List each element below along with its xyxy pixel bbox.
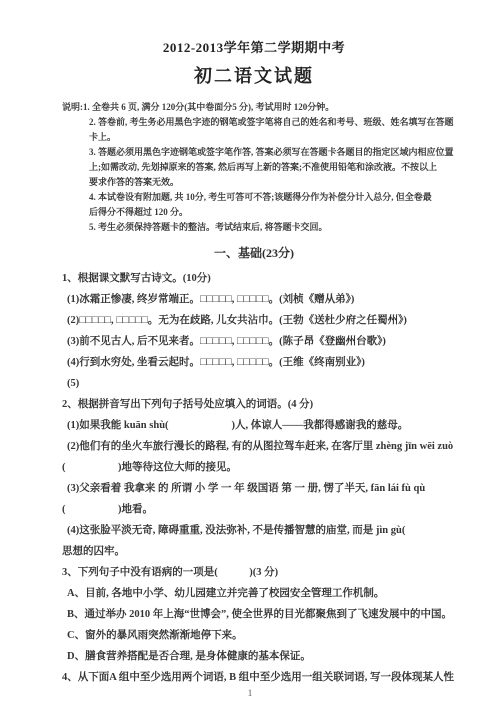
question-text-line: ( )地等待这位大师的接见。 — [62, 457, 446, 478]
exam-paper-content: 2012-2013学年第二学期期中考 初二语文试题 说明:1. 全卷共 6 页,… — [0, 0, 500, 688]
question-text-line: 4、从下面A 组中至少选用两个词语, B 组中至少选用一组关联词语, 写一段体现… — [62, 667, 446, 688]
instruction-line: 4. 本试卷设有附加题, 共 10分, 考生可答可不答;该题得分作为补偿分计入总… — [62, 190, 446, 205]
question-text-line: (3)前不见古人, 后不见来者。□□□□□, □□□□□。(陈子昂《登幽州台歌》… — [62, 331, 446, 352]
exam-instructions-block: 说明:1. 全卷共 6 页, 满分 120分(其中卷面分5 分), 考试用时 1… — [62, 100, 446, 235]
question-text-line: B、通过举办 2010 年上海“世博会”, 使全世界的目光都聚焦到了飞速发展中的… — [62, 604, 446, 625]
question-text-line: D、膳食营养搭配是否合理, 是身体健康的基本保证。 — [62, 646, 446, 667]
page-number: 1 — [0, 688, 500, 698]
instruction-line: 5. 考生必须保持答题卡的整洁。考试结束后, 将答题卡交回。 — [62, 220, 446, 235]
instruction-line: 卡上。 — [62, 130, 446, 145]
question-text-line: (2)他们有的坐火车旅行漫长的路程, 有的从图拉驾车赶来, 在客厅里 zhèng… — [62, 436, 446, 457]
question-text-line: 思想的囚牢。 — [62, 541, 446, 562]
question-text-line: (5) — [62, 373, 446, 394]
question-text-line: (2)□□□□□, □□□□□。无为在歧路, 儿女共沾巾。(王勃《送杜少府之任蜀… — [62, 310, 446, 331]
instruction-line: 后得分不得超过 120 分。 — [62, 205, 446, 220]
question-body-block: 1、根据课文默写古诗文。(10分) (1)冰霜正惨凄, 终岁常端正。□□□□□,… — [62, 268, 446, 688]
question-text-line: 1、根据课文默写古诗文。(10分) — [62, 268, 446, 289]
question-text-line: (1)如果我能 kuān shù( )人, 体谅人——我都得感谢我的慈母。 — [62, 415, 446, 436]
question-text-line: (3)父亲看着 我拿来 的 所谓 小 学 一 年 级国语 第 一 册, 愣了半天… — [62, 478, 446, 499]
instruction-line: 2. 答卷前, 考生务必用黑色字迹的钢笔或签字笔将自己的姓名和考号、班级、姓名填… — [62, 115, 446, 130]
exam-term-subtitle: 2012-2013学年第二学期期中考 — [62, 37, 446, 56]
instruction-line: 3. 答题必须用黑色字迹钢笔或签字笔作答, 答案必须写在答题卡各题目的指定区域内… — [62, 145, 446, 160]
instruction-line: 要求作答的答案无效。 — [62, 175, 446, 190]
question-text-line: 2、根据拼音写出下列句子括号处应填入的词语。(4 分) — [62, 394, 446, 415]
question-text-line: (1)冰霜正惨凄, 终岁常端正。□□□□□, □□□□□。(刘桢《赠从弟》) — [62, 289, 446, 310]
instruction-line: 说明:1. 全卷共 6 页, 满分 120分(其中卷面分5 分), 考试用时 1… — [62, 100, 446, 115]
question-text-line: 3、下列句子中没有语病的一项是( )(3 分) — [62, 562, 446, 583]
question-text-line: (4)这张脸平淡无奇, 障碍重重, 没法弥补, 不是传播智慧的庙堂, 而是 jì… — [62, 520, 446, 541]
question-text-line: (4)行到水穷处, 坐看云起时。□□□□□, □□□□□。(王维《终南别业》) — [62, 352, 446, 373]
question-text-line: ( )地看。 — [62, 499, 446, 520]
section-heading-basics: 一、基础(23分) — [62, 244, 446, 261]
instruction-line: 上;如需改动, 先划掉原来的答案, 然后再写上新的答案;不准使用铅笔和涂改液。不… — [62, 160, 446, 175]
exam-title: 初二语文试题 — [62, 62, 446, 88]
exam-paper-page: 2012-2013学年第二学期期中考 初二语文试题 说明:1. 全卷共 6 页,… — [0, 0, 500, 708]
question-text-line: C、窗外的暴风雨突然渐渐地停下来。 — [62, 625, 446, 646]
question-text-line: A、目前, 各地中小学、幼儿园建立并完善了校园安全管理工作机制。 — [62, 583, 446, 604]
